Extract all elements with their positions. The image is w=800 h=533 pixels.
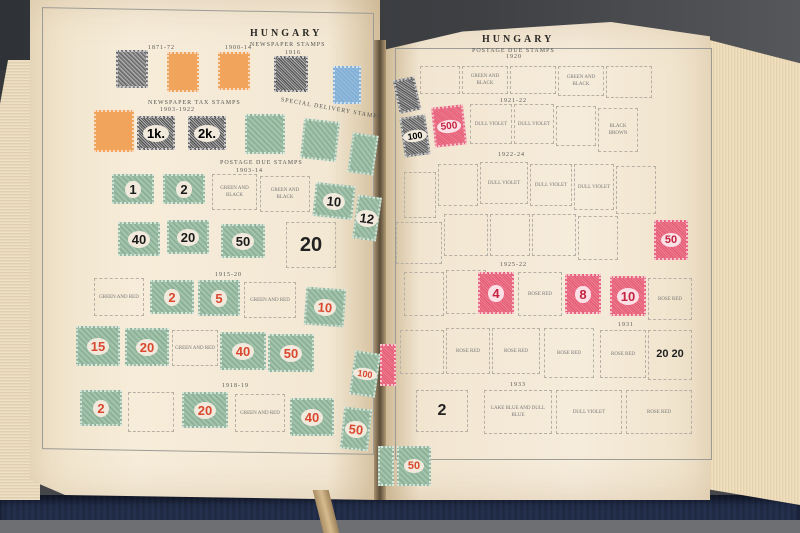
stamp: 50: [221, 224, 265, 258]
year-label: 1918-19: [222, 383, 249, 389]
empty-space-label: [510, 66, 556, 94]
stamp: 5: [198, 280, 240, 316]
empty-space-label: GREEN AND BLACK: [260, 176, 310, 212]
section-heading: POSTAGE DUE STAMPS: [220, 160, 303, 166]
stamp: 1: [112, 174, 154, 204]
stamp: [167, 52, 199, 92]
stamp: 2: [163, 174, 205, 204]
stamp: 50: [340, 407, 372, 452]
empty-space-label: DULL VIOLET: [556, 390, 622, 434]
empty-space-label: ROSE RED: [518, 272, 562, 316]
empty-space-label: GREEN AND BLACK: [462, 66, 508, 94]
stamp: 100: [399, 114, 430, 157]
stamp: 50: [397, 446, 431, 486]
empty-space-label: [404, 172, 436, 218]
year-label: 1920: [506, 54, 522, 60]
empty-space-label: [490, 214, 530, 256]
year-label: 1925-22: [500, 262, 527, 268]
book-gutter: [374, 40, 386, 500]
stamp: [380, 344, 396, 386]
stamp: 10: [610, 276, 646, 316]
empty-space-label: ROSE RED: [600, 330, 646, 378]
stamp: [218, 52, 250, 90]
table-surface: [0, 520, 800, 533]
empty-space-label: GREEN AND RED: [235, 394, 285, 432]
year-label: 1915-20: [215, 272, 242, 278]
empty-space-label: GREEN AND RED: [172, 330, 218, 366]
empty-space-label: 20 20: [648, 330, 692, 380]
stamp: 50: [654, 220, 688, 260]
empty-space-label: GREEN AND RED: [94, 278, 144, 316]
empty-space-label: ROSE RED: [648, 278, 692, 320]
stamp: 500: [431, 104, 467, 147]
stamp: [94, 110, 134, 152]
right-page-title: HUNGARY: [482, 34, 554, 45]
empty-space-label: [404, 272, 444, 316]
stamp: 2k.: [188, 116, 226, 150]
stamp: 20: [182, 392, 228, 428]
year-label: 1933: [510, 382, 526, 388]
empty-space-label: [438, 164, 478, 206]
stamp: 10: [312, 182, 355, 220]
empty-space-label: LAKE BLUE AND DULL BLUE: [484, 390, 552, 434]
empty-space-label: [556, 106, 596, 146]
empty-space-label: DULL VIOLET: [574, 164, 614, 210]
empty-space-label: [420, 66, 460, 94]
empty-space-label: ROSE RED: [492, 328, 540, 374]
empty-space-label: [444, 214, 488, 256]
empty-space-label: [578, 216, 618, 260]
stamp: 2: [150, 280, 194, 314]
stamp: 10: [304, 287, 347, 328]
year-label: 1922-24: [498, 152, 525, 158]
section-heading: NEWSPAPER STAMPS: [250, 42, 325, 48]
empty-space-label: 20: [286, 222, 336, 268]
stamp: [116, 50, 148, 88]
empty-space-label: [400, 330, 444, 374]
stamp: 15: [76, 326, 120, 366]
empty-space-label: [396, 222, 442, 264]
section-heading: NEWSPAPER TAX STAMPS: [148, 100, 241, 106]
empty-space-label: GREEN AND RED: [244, 282, 296, 318]
empty-space-label: [128, 392, 174, 432]
stamp: 20: [167, 220, 209, 254]
stamp: [378, 446, 394, 486]
stamp: 20: [125, 328, 169, 366]
stamp: [333, 66, 361, 104]
empty-space-label: 2: [416, 390, 468, 432]
empty-space-label: GREEN AND BLACK: [558, 66, 604, 96]
year-label: 1903-1922: [160, 107, 195, 113]
empty-space-label: [616, 166, 656, 214]
stamp: [300, 118, 340, 162]
empty-space-label: ROSE RED: [626, 390, 692, 434]
stamp: 2: [80, 390, 122, 426]
stamp: 40: [290, 398, 334, 436]
empty-space-label: ROSE RED: [446, 328, 490, 374]
empty-space-label: BLACK BROWN: [598, 108, 638, 152]
empty-space-label: DULL VIOLET: [514, 104, 554, 144]
stamp: 8: [565, 274, 601, 314]
empty-space-label: [606, 66, 652, 98]
year-label: 1900-14: [225, 45, 252, 51]
stamp: 1k.: [137, 116, 175, 150]
stamp: 50: [268, 334, 314, 372]
empty-space-label: [532, 214, 576, 256]
stamp: [245, 114, 285, 154]
empty-space-label: DULL VIOLET: [530, 164, 572, 206]
stamp: [347, 132, 378, 175]
empty-space-label: GREEN AND BLACK: [212, 174, 257, 210]
empty-space-label: DULL VIOLET: [480, 162, 528, 204]
year-label: 1871-72: [148, 45, 175, 51]
left-page-title: HUNGARY: [250, 28, 322, 39]
stamp: 40: [220, 332, 266, 370]
stamp: [274, 56, 308, 92]
stamp: 40: [118, 222, 160, 256]
empty-space-label: DULL VIOLET: [470, 104, 512, 144]
stamp: 4: [478, 272, 514, 314]
empty-space-label: ROSE RED: [544, 328, 594, 378]
year-label: 1931: [618, 322, 634, 328]
